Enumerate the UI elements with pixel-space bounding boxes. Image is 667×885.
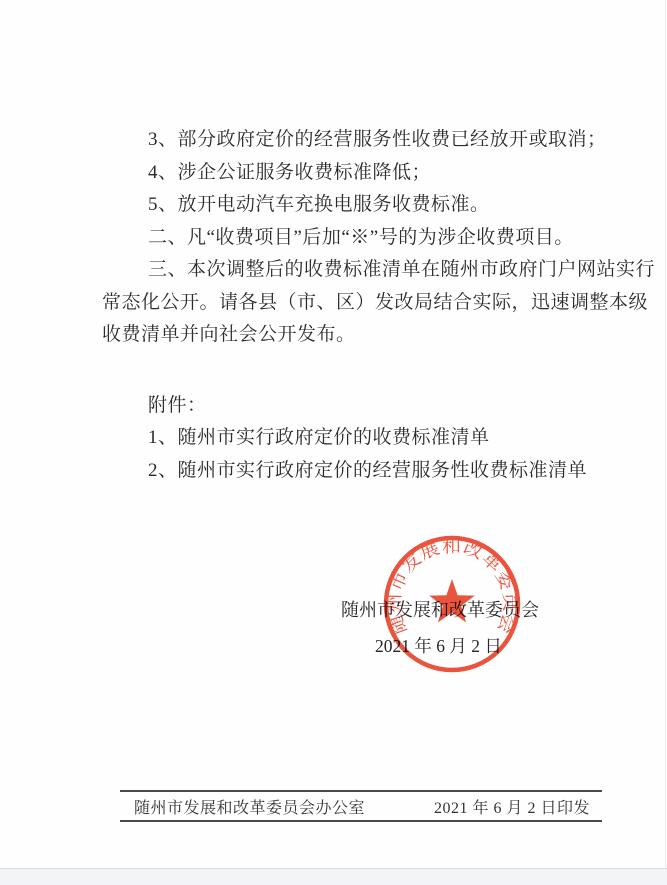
- body-line-7: 收费清单并向社会公开发布。: [102, 323, 356, 347]
- footer-bar: 随州市发展和改革委员会办公室 2021 年 6 月 2 日印发: [120, 790, 602, 822]
- attachment-item-1: 1、随州市实行政府定价的收费标准清单: [102, 426, 490, 450]
- star-icon: [429, 579, 475, 622]
- official-seal-stamp: 随州市发展和改革委员会: [382, 534, 522, 674]
- footer-office: 随州市发展和改革委员会办公室: [134, 795, 365, 818]
- body-line-3: 5、放开电动汽车充换电服务收费标准。: [102, 193, 490, 217]
- body-line-5: 三、本次调整后的收费标准清单在随州市政府门户网站实行: [102, 258, 655, 282]
- footer-print-date: 2021 年 6 月 2 日印发: [434, 795, 590, 818]
- body-line-1: 3、部分政府定价的经营服务性收费已经放开或取消；: [102, 128, 607, 152]
- body-line-4: 二、凡“收费项目”后加“※”号的为涉企收费项目。: [102, 226, 574, 250]
- scan-edge-strip: [0, 868, 667, 885]
- attachment-label: 附件：: [102, 394, 207, 418]
- document-page: 3、部分政府定价的经营服务性收费已经放开或取消； 4、涉企公证服务收费标准降低；…: [0, 0, 667, 885]
- attachment-item-2: 2、随州市实行政府定价的经营服务性收费标准清单: [102, 459, 587, 483]
- body-line-6: 常态化公开。请各县（市、区）发改局结合实际，迅速调整本级: [102, 291, 648, 315]
- body-line-2: 4、涉企公证服务收费标准降低；: [102, 161, 431, 185]
- page-edge-line: [665, 0, 666, 868]
